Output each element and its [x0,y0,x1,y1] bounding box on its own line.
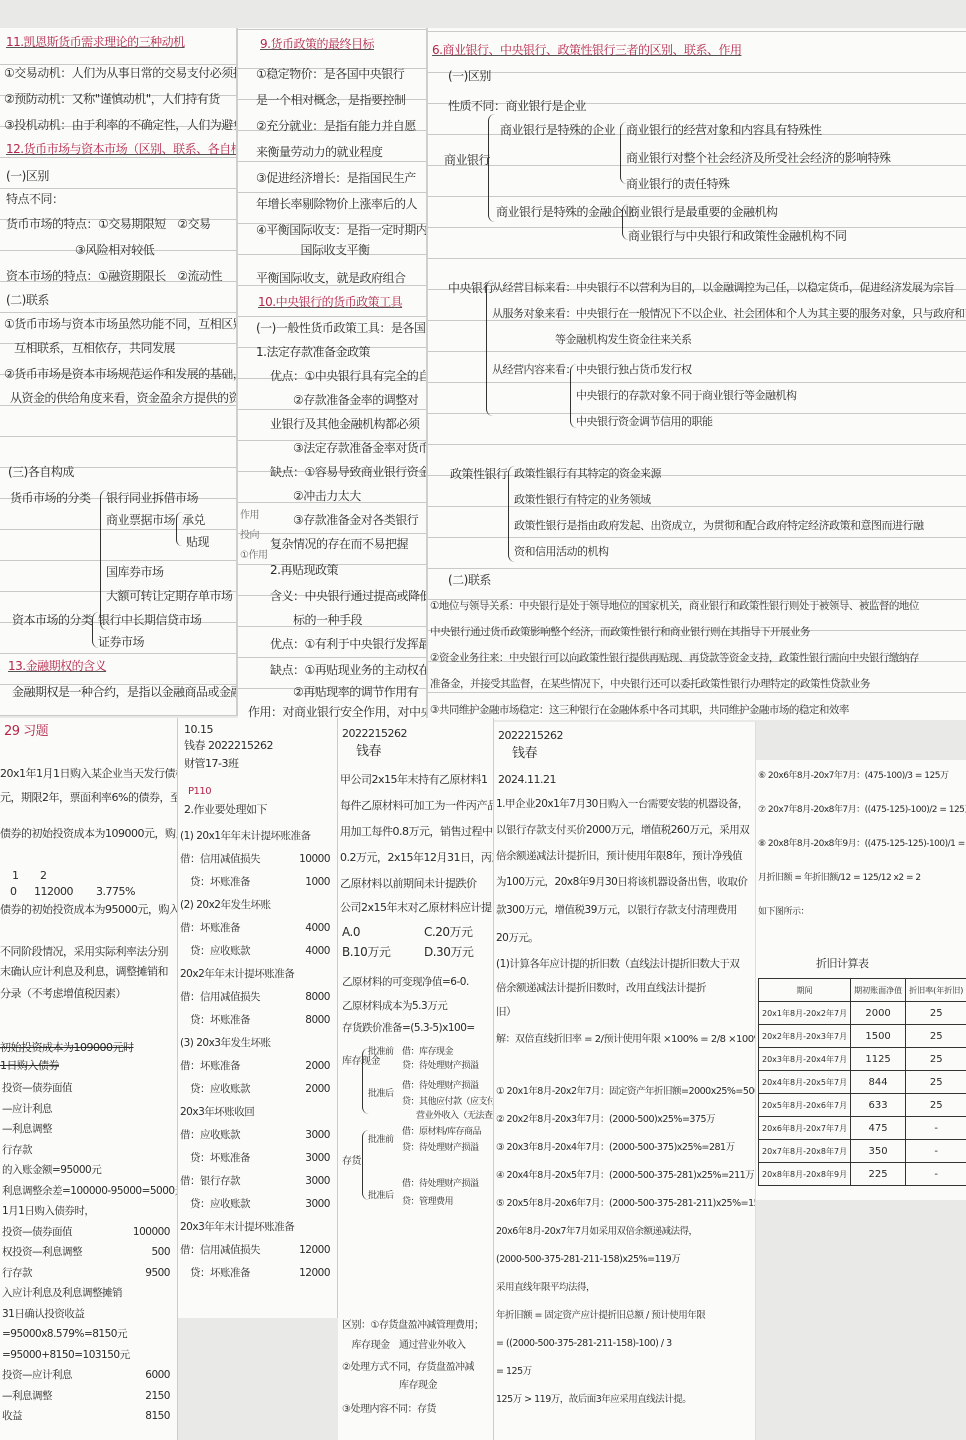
note-line: 区别：①存货盘盈冲减管理费用； [342,1318,493,1334]
entry-text: —利息调整 [2,1123,52,1135]
journal-entry: 借：坏账准备4000 [180,920,334,936]
brace [488,114,495,222]
journal-entry: —利息调整 [2,1121,174,1137]
entry-text: 贷：应收账款 [180,1083,250,1095]
note-value: 3.775% [96,884,177,900]
journal-entry: 20x3年坏账收回 [180,1104,334,1120]
option-d: D.30万元 [424,944,493,960]
entry-amount: 3000 [305,1173,330,1189]
section-title-9: 9.货币政策的最终目标 [260,36,426,52]
calc-step: ④ 20x4年8月-20x5年7月：(2000-500-375-281)x25%… [496,1168,755,1184]
entry-text: 投资—债券面值 [2,1226,72,1238]
tree-item: 贷：待处理财产损溢 [402,1140,493,1156]
list-item: 从经营目标来看：中央银行不以营利为目的，以金融调控为己任，以稳定货币，促进经济发… [492,280,966,296]
journal-entry: 借：坏账准备2000 [180,1058,334,1074]
journal-entry: 的入账金额=95000元 [2,1162,174,1178]
tree-item: 营业外收入（无法查明原因） [416,1108,493,1124]
note-page-bank-types: 6.商业银行、中央银行、政策性银行三者的区别、联系、作用 (一)区别 性质不同：… [428,28,966,720]
journal-entry: —利息调整2150 [2,1388,174,1404]
journal-entry: 借：应收账款3000 [180,1127,334,1143]
note-line: 末确认应计利息及利息，调整摊销和 [0,964,177,980]
table-cell: 20x6年8月-20x7年7月 [759,1117,851,1140]
calc-step: (2000-500-375-281-211-158)x25%=119万 [496,1252,755,1268]
entry-amount: 12000 [299,1265,330,1281]
exercise-title: 2.作业要处理如下 [184,802,337,818]
question-line: 倍余额递减法计提折旧数时，改用直线法计提折 [496,980,755,996]
note-line: ③风险相对较低 [6,242,236,258]
entry-text: 借：信用减值损失 [180,853,260,865]
table-row: 20x1年8月-20x2年7月200025500 [759,1002,966,1025]
journal-entry: 行存款 [2,1142,174,1158]
table-cell: 475 [851,1117,906,1140]
list-item: 贴现 [186,534,236,550]
tree-item: 借：待处理财产损溢 [402,1176,493,1192]
note-line: ④平衡国际收支：是指一定时期内 [256,222,426,238]
homework-page-inventory: 2022215262 钱春 甲公司2x15年末持有乙原材料1 每件乙原材料可加工… [338,718,494,1440]
calc-step: ⑥ 20x6年8月-20x7年7月：(475-100)/3 = 125万 [758,768,966,784]
note-page-money-theory: 11.凯恩斯货币需求理论的三种动机 ①交易动机：人们为从事日常的交易支付必须持有… [0,28,238,716]
calc-step: ⑤ 20x5年8月-20x6年7月：(2000-500-375-281-211)… [496,1196,755,1212]
calc-line: 乙原材料的可变现净值=6-0. [342,974,493,990]
entry-amount: 8000 [305,989,330,1005]
note-line: 准备金，并接受其监督，在某些情况下，中央银行还可以委托政策性银行办理特定的政策性… [430,676,966,692]
struck-line: 初始投资成本为109000元时 [0,1040,177,1056]
journal-entry: 权投资—利息调整500 [2,1244,174,1260]
table-row: 20x6年8月-20x7年7月475-125 [759,1117,966,1140]
note-line: 资本市场的特点：①融资期限长 ②流动性 [6,268,236,284]
homework-page-bad-debt: 10.15 钱春 2022215262 财管17-3班 P110 2.作业要处理… [178,718,338,1318]
journal-entry: 20x2年年末计提坏账准备 [180,966,334,982]
note-line: 是一个相对概念，是指要控制 [256,92,426,108]
column-header: 折旧率(年折旧) [906,979,966,1002]
note-line: ③投机动机：由于利率的不确定性，人们为避免 [4,117,236,133]
tree-item: 借：待处理财产损溢 [402,1078,493,1094]
journal-entry: 借：信用减值损失8000 [180,989,334,1005]
note-line: 乙原材料以前期间未计提跌价 [340,876,493,892]
entry-text: 1月1日购入债券时， [2,1205,94,1217]
section-subtitle: (三)各自构成 [8,464,236,480]
entry-text: =95000+8150=103150元 [2,1349,130,1361]
column-header: 期初账面净值 [851,979,906,1002]
note-line: 缺点：①再贴现业务的主动权在 [270,662,426,678]
note-line: ③法定存款准备金率对货币 [270,440,426,456]
brace [486,280,493,416]
table-cell: 1500 [851,1025,906,1048]
journal-entry: —应计利息 [2,1101,174,1117]
note-line: 债券的初始投资成本为109000元，购入时 [0,826,177,842]
list-item: 承兑 [182,512,236,528]
student-id: 2022215262 [342,726,493,742]
section-subtitle: (一)区别 [448,68,966,84]
entry-text: 借：信用减值损失 [180,991,260,1003]
table-row: 20x2年8月-20x3年7月150025375 [759,1025,966,1048]
entry-text: (3) 20x3年发生坏账 [180,1037,270,1049]
list-item: 政策性银行是指由政府发起、出资成立，为贯彻和配合政府特定经济政策和意图而进行融 [514,518,966,534]
note-line: 元，期限2年，票面利率6%的债券，至债 [0,790,177,806]
tree-item: 贷：管理费用 [402,1194,493,1210]
margin-note: ①作用 [240,548,426,564]
calc-step: ② 20x2年8月-20x3年7月：(2000-500)x25%=375万 [496,1112,755,1128]
calc-step: = ((2000-500-375-281-211-158)-100) / 3 [496,1336,755,1352]
journal-entry: 投资—债券面值100000 [2,1224,174,1240]
table-cell: 20x1年8月-20x2年7月 [759,1002,851,1025]
student-id: 2022215262 [498,728,755,744]
entry-amount: 8000 [305,1012,330,1028]
page-header: 29 习题 [4,724,177,740]
note-line: 平衡国际收支，就是政府组合 [256,270,426,286]
journal-entry: 贷：应收账款4000 [180,943,334,959]
journal-entry: 31日确认投资收益 [2,1306,174,1322]
tree-item: 贷：待处理财产损溢 [402,1058,493,1074]
note-line: ②再贴现率的调节作用有 [270,684,426,700]
table-cell: 1125 [851,1048,906,1071]
note-line: ②冲击力太大 [270,488,426,504]
table-cell: 25 [906,1002,966,1025]
entry-amount: 3000 [305,1150,330,1166]
note-line: 分录（不考虑增值税因素） [0,986,177,1002]
homework-page-bond-investment: 29 习题 20x1年1月1日购入某企业当天发行债权投 元，期限2年，票面利率6… [0,718,178,1440]
note-line: (一)一般性货币政策工具：是各国中 [256,320,426,336]
note-line: ③促进经济增长：是指国民生产 [256,170,426,186]
table-title: 折旧计算表 [816,956,966,972]
list-item: 证券市场 [98,634,236,650]
note-line: ③处理内容不同：存货 [342,1402,493,1418]
note-line: ①交易动机：人们为从事日常的交易支付必须持有 [4,65,236,81]
journal-entry: =95000x8.579%=8150元 [2,1326,174,1342]
journal-entry: 收益8150 [2,1408,174,1424]
list-item: 商业银行的经营对象和内容具有特殊性 [626,122,966,138]
note-line: ②货币市场是资本市场规范运作和发展的基础，会 [4,366,236,382]
note-line: 互相联系，互相依存，共同发展 [14,340,236,356]
calc-step: 如下图所示： [758,904,966,920]
list-item: 商业银行与中央银行和政策性金融机构不同 [628,228,966,244]
list-item: 银行同业拆借市场 [106,490,236,506]
problem-line: 20万元。 [496,930,755,946]
table-cell: 844 [851,1071,906,1094]
note-line: 优点：①有利于中央银行发挥最后 [270,636,426,652]
entry-amount: 3000 [305,1196,330,1212]
list-item: 大额可转让定期存单市场 [106,588,236,604]
journal-entry: 行存款9500 [2,1265,174,1281]
calc-step: = 125万 [496,1364,755,1380]
list-item: 商业银行对整个社会经济及所受社会经济的影响特殊 [626,150,966,166]
entry-text: (1) 20x1年年末计提坏账准备 [180,830,310,842]
entry-text: 权投资—利息调整 [2,1246,82,1258]
note-line: 金融期权是一种合约，是指以金融商品或金融 [12,684,236,700]
brace [100,490,107,630]
calc-step: ① 20x1年8月-20x2年7月：固定资产年折旧额=2000x25%=500万 [496,1084,755,1100]
journal-entry: 贷：坏账准备8000 [180,1012,334,1028]
list-item: 中央银行的存款对象不同于商业银行等金融机构 [576,388,966,404]
journal-entry: 贷：应收账款2000 [180,1081,334,1097]
list-item: 银行中长期信贷市场 [98,612,236,628]
note-line: 国际收支平衡 [266,242,426,258]
margin-note: 作用 [240,508,426,524]
list-item: 国库券市场 [106,564,236,580]
calc-step: 20x6年8月-20x7年7月如采用双倍余额递减法得， [496,1224,755,1240]
list-item: 政策性银行有其特定的资金来源 [514,466,966,482]
table-cell: 20x4年8月-20x5年7月 [759,1071,851,1094]
note-line: (二)联系 [6,292,236,308]
entry-text: 贷：坏账准备 [180,1267,250,1279]
note-value: 2 [40,868,177,884]
table-row: 20x4年8月-20x5年7月84425211 [759,1071,966,1094]
table-row: 20x8年8月-20x8年9月225-21 [759,1163,966,1186]
note-line: 0.2万元，2x15年12月31日，丙产品 [340,850,493,866]
note-line: 用加工每件0.8万元，销售过程中估计 [340,824,493,840]
note-line: 从资金的供给角度来看，资金盈余方提供的资金 [10,390,236,406]
note-line: ②处理方式不同，存货盘盈冲减 [342,1360,493,1376]
journal-entry: 借：信用减值损失12000 [180,1242,334,1258]
note-line: ②充分就业：是指有能力并自愿 [256,118,426,134]
table-cell: 350 [851,1140,906,1163]
entry-text: 收益 [2,1410,22,1422]
table-cell: 20x7年8月-20x8年7月 [759,1140,851,1163]
table-cell: 20x3年8月-20x4年7月 [759,1048,851,1071]
journal-entry: (1) 20x1年年末计提坏账准备 [180,828,334,844]
note-line: ②存款准备金率的调整对 [270,392,426,408]
note-line: ②资金业务往来：中央银行可以向政策性银行提供再贴现、再贷款等资金支持，政策性银行… [430,650,966,666]
entry-text: 的入账金额=95000元 [2,1164,101,1176]
note-line: 货币市场的特点：①交易期限短 ②交易 [6,216,236,232]
struck-line: 1日购入债券 [0,1058,177,1074]
list-item: 资和信用活动的机构 [514,544,966,560]
note-line: ②预防动机：又称"谨慎动机"，人们持有货 [4,91,236,107]
entry-text: 借：信用减值损失 [180,1244,260,1256]
homework-page-depreciation-table: ⑥ 20x6年8月-20x7年7月：(475-100)/3 = 125万⑦ 20… [756,760,966,1200]
list-item: 从服务对象来看：中央银行在一般情况下不以企业、社会团体和个人为其主要的服务对象，… [492,306,966,322]
note-line: ①稳定物价：是各国中央银行 [256,66,426,82]
entry-amount: 100000 [133,1224,170,1240]
journal-entry: 贷：坏账准备3000 [180,1150,334,1166]
class-label: 财管17-3班 [184,756,337,772]
entry-text: 借：坏账准备 [180,922,240,934]
entry-text: 行存款 [2,1144,32,1156]
table-row: 20x7年8月-20x8年7月350-125 [759,1140,966,1163]
entry-amount: 9500 [145,1265,170,1281]
list-item: 中央银行资金调节信用的职能 [576,414,966,430]
rate-formula: 解：双倍直线折旧率 = 2/预计使用年限 ×100% = 2/8 ×100% =… [496,1032,755,1048]
note-line: 债券的初始投资成本为95000元，购入时实 [0,902,177,918]
entry-text: 投资—债券面值 [2,1082,72,1094]
calc-line: 存货跌价准备=(5.3-5)x100= [342,1020,493,1036]
section-title-12: 12.货币市场与资本市场（区别、联系、各自构成） [6,141,236,157]
note-line: 含义：中央银行通过提高或降低再 [270,588,426,604]
entry-text: —利息调整 [2,1390,52,1402]
table-row: 20x5年8月-20x6年7月63325158 [759,1094,966,1117]
note-line: 库存现金 通过营业外收入 [342,1338,493,1354]
entry-amount: 4000 [305,920,330,936]
entry-text: 贷：应收账款 [180,945,250,957]
entry-text: 贷：坏账准备 [180,876,250,888]
journal-entry: 贷：应收账款3000 [180,1196,334,1212]
journal-entry: 借：银行存款3000 [180,1173,334,1189]
entry-text: =95000x8.579%=8150元 [2,1328,127,1340]
entry-amount: 10000 [299,851,330,867]
problem-line: 1.甲企业20x1年7月30日购入一台需要安装的机器设备， [496,796,755,812]
entry-amount: 1000 [305,874,330,890]
calc-step: 采用直线年限平均法得， [496,1280,755,1296]
entry-text: 31日确认投资收益 [2,1308,84,1320]
question-line: 旧） [496,1004,755,1020]
journal-entry: 贷：坏账准备1000 [180,874,334,890]
column-header: 期间 [759,979,851,1002]
problem-line: 以银行存款支付买价2000万元，增值税260万元，采用双 [496,822,755,838]
calc-step: 125万 > 119万，故后面3年应采用直线法计提。 [496,1392,755,1408]
calc-step: 年折旧额 = 固定资产应计提折旧总额 / 预计使用年限 [496,1308,755,1324]
journal-entry: =95000+8150=103150元 [2,1347,174,1363]
journal-entry: 借：信用减值损失10000 [180,851,334,867]
student-name: 钱春 [512,746,755,762]
table-cell: - [906,1163,966,1186]
entry-amount: 2000 [305,1081,330,1097]
list-item: 等金融机构发生资金往来关系 [492,332,966,348]
note-line: 库存现金 [342,1378,493,1394]
note-line: 20x1年1月1日购入某企业当天发行债权投 [0,766,177,782]
calc-step: ③ 20x3年8月-20x4年7月：(2000-500-375)x25%=281… [496,1140,755,1156]
note-line: (一)区别 [6,168,236,184]
date-label: 2024.11.21 [498,772,755,788]
note-line: 业银行及其他金融机构都必须 [270,416,426,432]
entry-text: 投资—应计利息 [2,1369,72,1381]
entry-amount: 4000 [305,943,330,959]
entry-text: 利息调整余差=100000-95000=5000元 [2,1185,178,1197]
entry-text: 借：坏账准备 [180,1060,240,1072]
student-name: 钱春 [356,744,493,760]
table-cell: 25 [906,1025,966,1048]
entry-text: 20x2年年末计提坏账准备 [180,968,294,980]
note-page-monetary-policy: 9.货币政策的最终目标 ①稳定物价：是各国中央银行 是一个相对概念，是指要控制 … [238,28,428,718]
note-line: 缺点：①容易导致商业银行资金 [270,464,426,480]
list-item: 政策性银行有特定的业务领域 [514,492,966,508]
question-line: (1)计算各年应计提的折旧数（直线法计提折旧数大于双 [496,956,755,972]
note-line: ③共同维护金融市场稳定：这三种银行在金融体系中各司其职，共同维护金融市场的稳定和… [430,702,966,718]
note-line: 甲公司2x15年末持有乙原材料1 [340,772,493,788]
student-name: 钱春 2022215262 [184,738,337,754]
journal-entry: 1月1日购入债券时， [2,1203,174,1219]
margin-note: 投向 [240,528,426,544]
problem-line: 倍余额递减法计提折旧，预计使用年限8年，预计净残值 [496,848,755,864]
table-cell: 25 [906,1048,966,1071]
journal-entry: 贷：坏账准备12000 [180,1265,334,1281]
note-line: 中央银行通过货币政策影响整个经济，而政策性银行和商业银行则在其指导下开展业务 [430,624,966,640]
entry-text: (2) 20x2年发生坏账 [180,899,270,911]
table-cell: 25 [906,1094,966,1117]
table-cell: - [906,1140,966,1163]
journal-entry: 入应计利息及利息调整摊销 [2,1285,174,1301]
list-item: 中央银行独占货币发行权 [576,362,966,378]
note-line: 2.再贴现政策 [270,562,426,578]
entry-amount: 12000 [299,1242,330,1258]
note-line: 特点不同： [6,191,236,207]
note-line: 每件乙原材料可加工为一件丙产品 [340,798,493,814]
note-line: 1.法定存款准备金政策 [256,344,426,360]
table-cell: 225 [851,1163,906,1186]
section-subtitle: (二)联系 [448,572,966,588]
section-title-10: 10.中央银行的货币政策工具 [258,294,426,310]
entry-text: 20x3年坏账收回 [180,1106,254,1118]
table-cell: 20x8年8月-20x8年9月 [759,1163,851,1186]
option-c: C.20万元 [424,924,493,940]
calc-line: 乙原材料成本为5.3万元 [342,998,493,1014]
problem-line: 为100万元，20x8年9月30日将该机器设备出售，收取价 [496,874,755,890]
note-line: 公司2x15年末对乙原材料应计提 [340,900,493,916]
table-cell: 20x2年8月-20x3年7月 [759,1025,851,1048]
journal-entry: 利息调整余差=100000-95000=5000元 [2,1183,174,1199]
note-line: 来衡量劳动力的就业程度 [256,144,426,160]
section-title-6: 6.商业银行、中央银行、政策性银行三者的区别、联系、作用 [432,42,966,58]
entry-text: 贷：坏账准备 [180,1152,250,1164]
entry-text: —应计利息 [2,1103,52,1115]
entry-amount: 3000 [305,1127,330,1143]
entry-amount: 8150 [145,1408,170,1424]
entry-text: 行存款 [2,1267,32,1279]
section-title-13: 13.金融期权的含义 [8,658,236,674]
journal-entry: (3) 20x3年发生坏账 [180,1035,334,1051]
entry-amount: 500 [151,1244,170,1260]
entry-text: 20x3年年末计提坏账准备 [180,1221,294,1233]
note-line: 不同阶段情况，采用实际利率法分别 [0,944,177,960]
homework-page-depreciation: 2022215262 钱春 2024.11.21 1.甲企业20x1年7月30日… [494,722,756,1440]
note-line: 标的一种手段 [270,612,426,628]
entry-amount: 6000 [145,1367,170,1383]
note-line: 作用：对商业银行安全作用，对中央 [248,704,426,718]
entry-text: 贷：应收账款 [180,1198,250,1210]
entry-amount: 2150 [145,1388,170,1404]
entry-text: 贷：坏账准备 [180,1014,250,1026]
table-cell: 20x5年8月-20x6年7月 [759,1094,851,1117]
note-line: ①货币市场与资本市场虽然功能不同，互相区别，但又 [4,316,236,332]
entry-text: 入应计利息及利息调整摊销 [2,1287,122,1299]
section-title-11: 11.凯恩斯货币需求理论的三种动机 [6,34,236,50]
table-cell: - [906,1117,966,1140]
date-label: 10.15 [184,722,337,738]
journal-entry: (2) 20x2年发生坏账 [180,897,334,913]
problem-line: 款300万元，增值税39万元，以银行存款支付清理费用 [496,902,755,918]
journal-entry: 投资—应计利息6000 [2,1367,174,1383]
table-cell: 633 [851,1094,906,1117]
note-line: 年增长率剔除物价上涨率后的人 [256,196,426,212]
nature-label: 性质不同：商业银行是企业 [448,98,966,114]
table-row: 20x3年8月-20x4年7月112525281 [759,1048,966,1071]
calc-step: 月折旧额 = 年折旧额/12 = 125/12 x2 = 2 [758,870,966,886]
journal-entry: 20x3年年末计提坏账准备 [180,1219,334,1235]
list-item: 商业银行是最重要的金融机构 [628,204,966,220]
table-cell: 25 [906,1071,966,1094]
note-line: ①地位与领导关系：中央银行是处于领导地位的国家机关，商业银行和政策性银行则处于被… [430,598,966,614]
depreciation-table: 期间期初账面净值折旧率(年折旧)年折旧额累20x1年8月-20x2年7月2000… [758,978,966,1186]
journal-entry: 投资—债券面值 [2,1080,174,1096]
tree-item: 借：原材料/库存商品 [402,1124,493,1140]
calc-step: ⑦ 20x7年8月-20x8年7月：((475-125)-100)/2 = 12… [758,802,966,818]
calc-step: ⑧ 20x8年8月-20x8年9月：((475-125-125)-100)/1 … [758,836,966,852]
table-cell: 2000 [851,1002,906,1025]
entry-text: 借：应收账款 [180,1129,240,1141]
entry-text: 借：银行存款 [180,1175,240,1187]
note-line: 优点：①中央银行具有完全的自主 [270,368,426,384]
list-item: 商业银行的责任特殊 [626,176,966,192]
entry-amount: 2000 [305,1058,330,1074]
page-ref: P110 [188,784,337,800]
